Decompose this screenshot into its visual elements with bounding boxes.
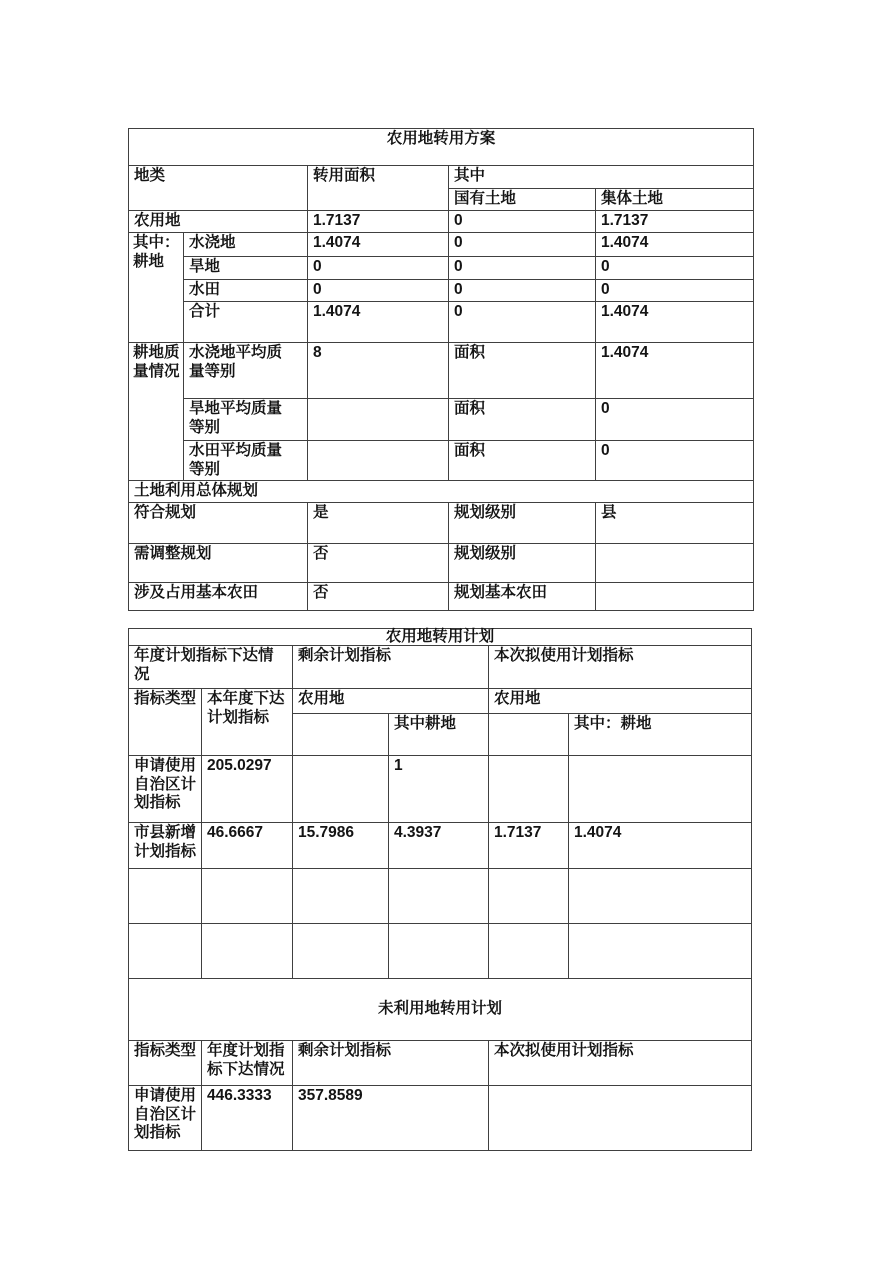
t1-cultivated-collective: 0 — [596, 257, 754, 280]
table-row: 涉及占用基本农田 否 规划基本农田 — [129, 582, 754, 610]
t2-row-proposed-total — [489, 756, 569, 823]
t1-plan-value: 否 — [308, 582, 449, 610]
t2-header-indicator-type: 指标类型 — [129, 689, 202, 756]
table-row: 水田平均质量 等别 面积 0 — [129, 441, 754, 481]
t2-subheader-cultivated-proposed: 其中：耕地 — [569, 714, 752, 756]
t1-cultivated-state: 0 — [449, 280, 596, 302]
empty-cell — [569, 924, 752, 979]
empty-cell — [569, 869, 752, 924]
t1-cultivated-total: 1.4074 — [308, 233, 449, 257]
t2-row-issued: 205.0297 — [202, 756, 293, 823]
t1-plan-value: 是 — [308, 502, 449, 543]
table-row: 旱地 0 0 0 — [129, 257, 754, 280]
t1-cultivated-label: 水田 — [184, 280, 308, 302]
t1-header-collective: 集体土地 — [596, 189, 754, 211]
t2-header-proposed: 本次拟使用计划指标 — [489, 646, 752, 689]
t1-plan-value2 — [596, 582, 754, 610]
t1-cultivated-total: 0 — [308, 280, 449, 302]
t1-cultivated-label: 水浇地 — [184, 233, 308, 257]
t1-cultivated-collective: 1.4074 — [596, 233, 754, 257]
t1-quality-grade — [308, 441, 449, 481]
t1-quality-area-label: 面积 — [449, 399, 596, 441]
t2-row-remaining-cultivated: 1 — [389, 756, 489, 823]
t1-cultivated-label: 旱地 — [184, 257, 308, 280]
t1-header-land-type: 地类 — [129, 166, 308, 211]
t1-title: 农用地转用方案 — [129, 129, 754, 166]
t1-quality-area: 0 — [596, 441, 754, 481]
t1-quality-area: 0 — [596, 399, 754, 441]
table-row: 旱地平均质量 等别 面积 0 — [129, 399, 754, 441]
t2-header-agri-remaining: 农用地 — [293, 689, 489, 714]
empty-cell — [489, 869, 569, 924]
t3-header-issued-status: 年度计划指 标下达情况 — [202, 1041, 293, 1086]
table-row: 水田 0 0 0 — [129, 280, 754, 302]
t1-quality-area-label: 面积 — [449, 343, 596, 399]
t1-plan-label2: 规划级别 — [449, 502, 596, 543]
t1-agri-label: 农用地 — [129, 211, 308, 233]
t3-row-proposed — [489, 1086, 752, 1151]
t1-quality-grade — [308, 399, 449, 441]
t2-header-issued-status: 年度计划指标下达情况 — [129, 646, 293, 689]
t1-section-overall-plan: 土地利用总体规划 — [129, 481, 754, 503]
t1-quality-label: 旱地平均质量 等别 — [184, 399, 308, 441]
t2-header-agri-proposed: 农用地 — [489, 689, 752, 714]
table-row — [129, 924, 752, 979]
table-row: 需调整规划 否 规划级别 — [129, 543, 754, 582]
t1-plan-value2: 县 — [596, 502, 754, 543]
t1-quality-area-label: 面积 — [449, 441, 596, 481]
t1-quality-area: 1.4074 — [596, 343, 754, 399]
table-row — [129, 869, 752, 924]
table-row: 申请使用 自治区计 划指标 205.0297 1 — [129, 756, 752, 823]
empty-cell — [129, 869, 202, 924]
t1-cultivated-collective: 1.4074 — [596, 302, 754, 343]
t2-row-proposed-cultivated — [569, 756, 752, 823]
t1-plan-value: 否 — [308, 543, 449, 582]
t3-header-proposed: 本次拟使用计划指标 — [489, 1041, 752, 1086]
t1-plan-label2: 规划基本农田 — [449, 582, 596, 610]
table-row: 市县新增 计划指标 46.6667 15.7986 4.3937 1.7137 … — [129, 823, 752, 869]
t3-row-label: 申请使用 自治区计 划指标 — [129, 1086, 202, 1151]
empty-cell — [389, 924, 489, 979]
empty-cell — [489, 924, 569, 979]
t1-quality-grade: 8 — [308, 343, 449, 399]
t1-agri-collective: 1.7137 — [596, 211, 754, 233]
t1-plan-label: 需调整规划 — [129, 543, 308, 582]
t2-row-remaining-cultivated: 4.3937 — [389, 823, 489, 869]
table-row: 农用地 1.7137 0 1.7137 — [129, 211, 754, 233]
t1-cultivated-total: 0 — [308, 257, 449, 280]
agri-land-conversion-quota-table: 农用地转用计划 年度计划指标下达情况 剩余计划指标 本次拟使用计划指标 指标类型… — [128, 628, 752, 1151]
t2-row-proposed-cultivated: 1.4074 — [569, 823, 752, 869]
empty-cell — [202, 869, 293, 924]
table-row: 其中： 耕地 水浇地 1.4074 0 1.4074 — [129, 233, 754, 257]
t1-plan-label2: 规划级别 — [449, 543, 596, 582]
t2-row-issued: 46.6667 — [202, 823, 293, 869]
t1-header-conversion-area: 转用面积 — [308, 166, 449, 211]
t1-cultivated-state: 0 — [449, 233, 596, 257]
t1-header-of-which: 其中 — [449, 166, 754, 189]
t1-agri-state: 0 — [449, 211, 596, 233]
empty-cell — [202, 924, 293, 979]
t1-plan-value2 — [596, 543, 754, 582]
t2-row-remaining-total — [293, 756, 389, 823]
t1-cultivated-state: 0 — [449, 257, 596, 280]
table-row: 耕地质 量情况 水浇地平均质 量等别 8 面积 1.4074 — [129, 343, 754, 399]
t3-title: 未利用地转用计划 — [129, 979, 752, 1041]
table-row: 符合规划 是 规划级别 县 — [129, 502, 754, 543]
t2-header-issued-this-year: 本年度下达 计划指标 — [202, 689, 293, 756]
t1-cultivated-total: 1.4074 — [308, 302, 449, 343]
t2-header-remaining: 剩余计划指标 — [293, 646, 489, 689]
t2-subheader-blank-remaining — [293, 714, 389, 756]
table-row: 合计 1.4074 0 1.4074 — [129, 302, 754, 343]
t3-row-issued: 446.3333 — [202, 1086, 293, 1151]
t1-cultivated-collective: 0 — [596, 280, 754, 302]
t2-subheader-blank-proposed — [489, 714, 569, 756]
empty-cell — [129, 924, 202, 979]
t2-row-proposed-total: 1.7137 — [489, 823, 569, 869]
t1-header-state-owned: 国有土地 — [449, 189, 596, 211]
t2-subheader-cultivated-remaining: 其中耕地 — [389, 714, 489, 756]
t3-header-indicator-type: 指标类型 — [129, 1041, 202, 1086]
t1-plan-label: 涉及占用基本农田 — [129, 582, 308, 610]
t2-row-remaining-total: 15.7986 — [293, 823, 389, 869]
empty-cell — [293, 869, 389, 924]
t2-title: 农用地转用计划 — [129, 629, 752, 646]
t3-row-remaining: 357.8589 — [293, 1086, 489, 1151]
t1-group-quality: 耕地质 量情况 — [129, 343, 184, 481]
t3-header-remaining: 剩余计划指标 — [293, 1041, 489, 1086]
t1-cultivated-state: 0 — [449, 302, 596, 343]
t1-quality-label: 水田平均质量 等别 — [184, 441, 308, 481]
empty-cell — [293, 924, 389, 979]
t1-quality-label: 水浇地平均质 量等别 — [184, 343, 308, 399]
t1-group-cultivated: 其中： 耕地 — [129, 233, 184, 343]
t1-agri-total: 1.7137 — [308, 211, 449, 233]
t2-row-label: 申请使用 自治区计 划指标 — [129, 756, 202, 823]
t2-row-label: 市县新增 计划指标 — [129, 823, 202, 869]
table-row: 申请使用 自治区计 划指标 446.3333 357.8589 — [129, 1086, 752, 1151]
t1-cultivated-label: 合计 — [184, 302, 308, 343]
agri-land-conversion-scheme-table: 农用地转用方案 地类 转用面积 其中 国有土地 集体土地 农用地 1.7137 … — [128, 128, 754, 611]
t1-plan-label: 符合规划 — [129, 502, 308, 543]
empty-cell — [389, 869, 489, 924]
